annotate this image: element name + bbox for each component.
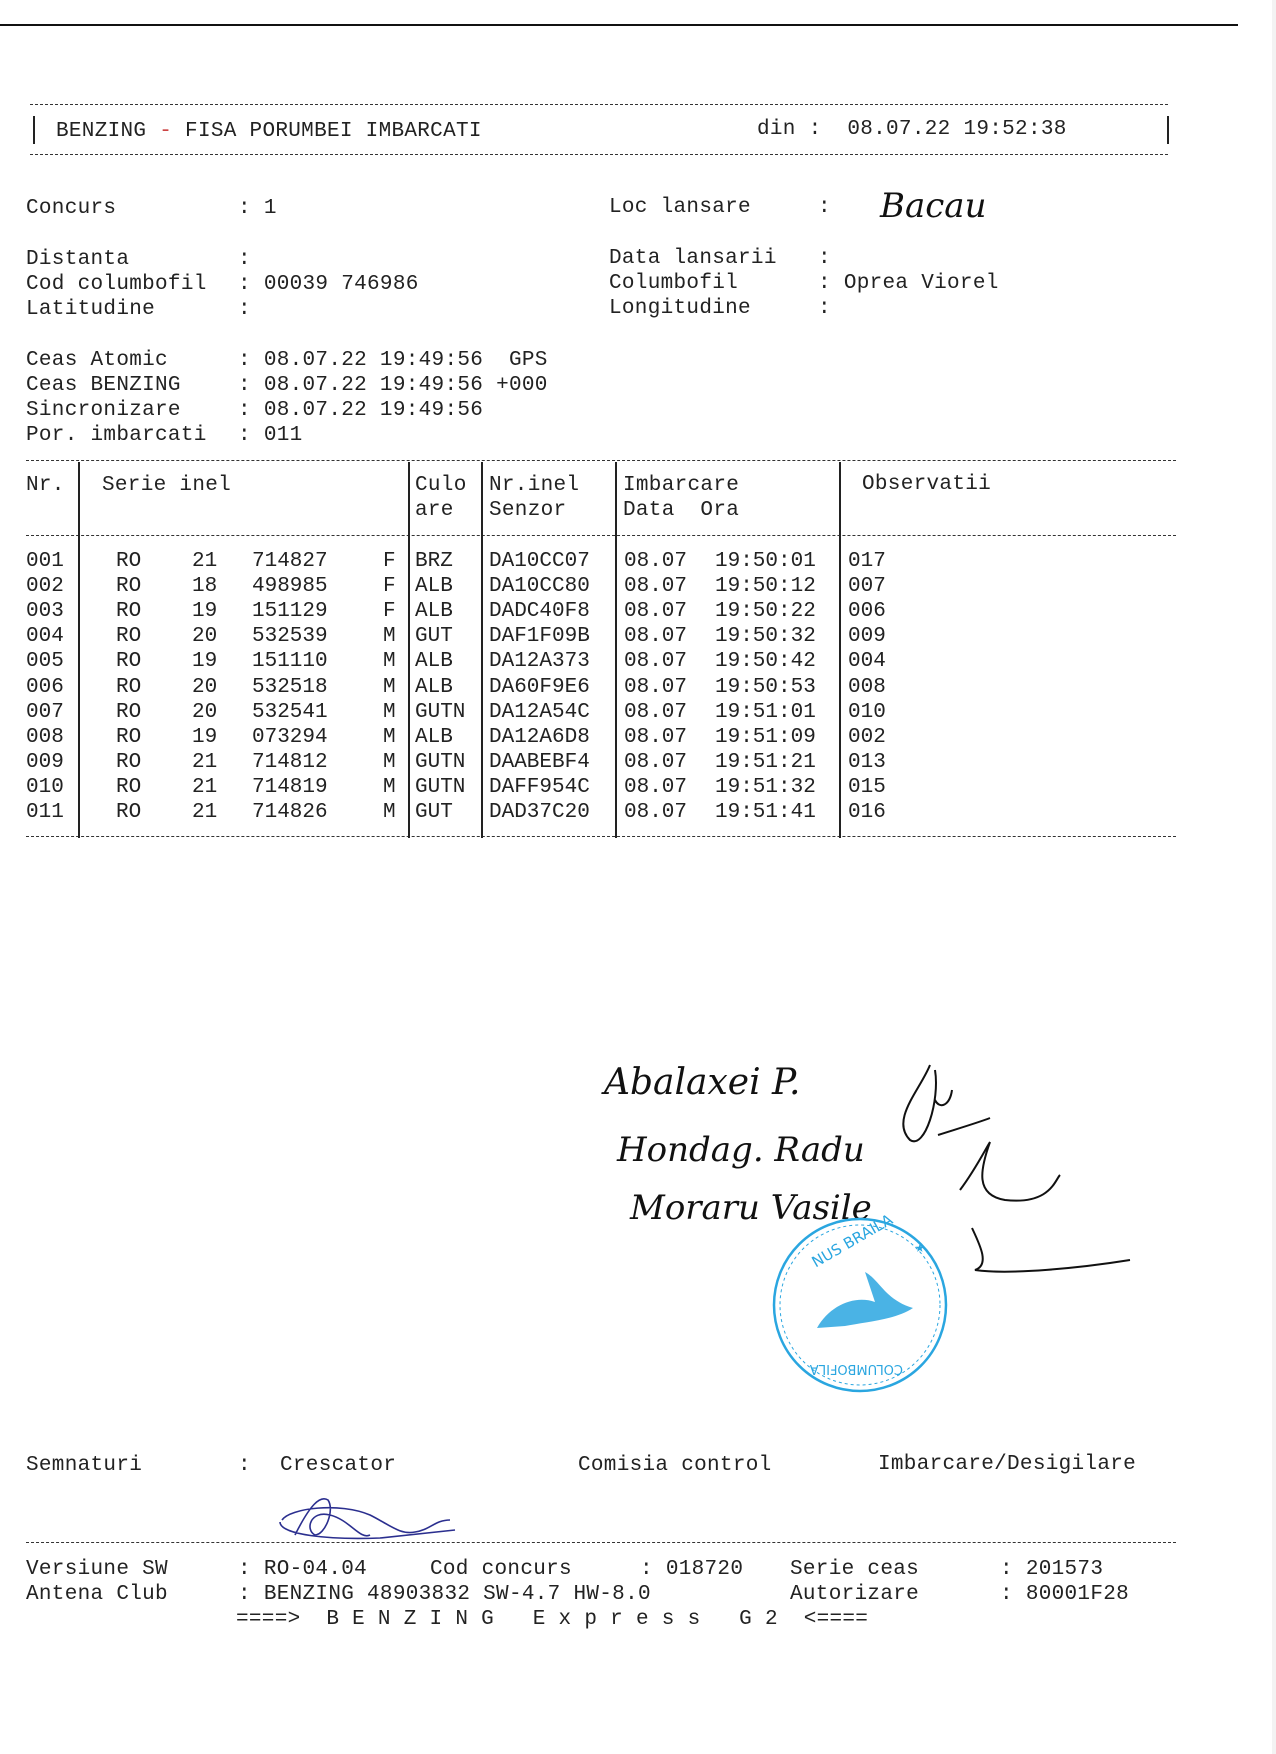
row-year: 21 [192, 775, 217, 800]
row-observatii: 016 [848, 800, 886, 825]
row-sensor: DA12A54C [489, 700, 590, 725]
brand-name: BENZING [56, 120, 146, 143]
header-serie-inel: Serie inel [102, 473, 231, 498]
row-year: 21 [192, 549, 217, 574]
row-date: 08.07 [624, 599, 687, 624]
header-culoare-1: Culo [415, 473, 467, 498]
row-color: GUTN [415, 775, 465, 800]
serie-ceas-label: Serie ceas [790, 1557, 919, 1582]
row-ring: 151129 [252, 599, 328, 624]
row-time: 19:50:53 [715, 675, 816, 700]
data-lansarii-label: Data lansarii [609, 246, 777, 271]
row-country: RO [116, 574, 141, 599]
autorizare-label: Autorizare [790, 1582, 919, 1607]
row-date: 08.07 [624, 675, 687, 700]
svg-text:COLUMBOFILA: COLUMBOFILA [810, 1361, 903, 1376]
row-observatii: 010 [848, 700, 886, 725]
row-sex: M [383, 725, 396, 750]
row-time: 19:51:09 [715, 725, 816, 750]
table-header-bottom-border [26, 535, 1176, 536]
header-title-line: BENZING - FISA PORUMBEI IMBARCATI [56, 119, 482, 144]
semnaturi-colon: : [238, 1453, 251, 1478]
header-left-border [33, 116, 35, 144]
row-nr: 004 [26, 624, 64, 649]
row-country: RO [116, 649, 141, 674]
distanta-value: : [238, 247, 264, 272]
longitudine-label: Longitudine [609, 296, 751, 321]
club-stamp: NUS BRAILA ★ COLUMBOFILA [765, 1210, 955, 1400]
benzing-express-banner: ====> B E N Z I N G E x p r e s s G 2 <=… [236, 1607, 868, 1632]
row-observatii: 009 [848, 624, 886, 649]
row-sex: F [383, 549, 396, 574]
page-top-rule [0, 24, 1238, 26]
row-sex: M [383, 775, 396, 800]
row-date: 08.07 [624, 700, 687, 725]
row-date: 08.07 [624, 775, 687, 800]
row-nr: 001 [26, 549, 64, 574]
row-sex: M [383, 800, 396, 825]
row-time: 19:51:32 [715, 775, 816, 800]
columbofil-label: Columbofil [609, 271, 738, 296]
col-divider-culoare [481, 462, 483, 838]
distanta-label: Distanta [26, 247, 129, 272]
row-sensor: DA10CC07 [489, 549, 590, 574]
row-year: 20 [192, 624, 217, 649]
row-year: 19 [192, 599, 217, 624]
comisia-control-label: Comisia control [578, 1453, 772, 1478]
row-ring: 532539 [252, 624, 328, 649]
row-time: 19:50:42 [715, 649, 816, 674]
row-nr: 008 [26, 725, 64, 750]
header-imbarcare-2: Data Ora [623, 498, 739, 523]
row-observatii: 013 [848, 750, 886, 775]
semnaturi-label: Semnaturi [26, 1453, 142, 1478]
row-sex: M [383, 750, 396, 775]
antena-club-label: Antena Club [26, 1582, 168, 1607]
row-sensor: DADC40F8 [489, 599, 590, 624]
row-nr: 011 [26, 800, 64, 825]
row-observatii: 008 [848, 675, 886, 700]
handwritten-signature-1: Abalaxei P. [604, 1062, 800, 1103]
row-nr: 006 [26, 675, 64, 700]
row-sensor: DAABEBF4 [489, 750, 590, 775]
row-color: BRZ [415, 549, 453, 574]
loc-lansare-colon: : [818, 195, 831, 220]
row-sex: F [383, 599, 396, 624]
row-country: RO [116, 700, 141, 725]
ceas-benzing-label: Ceas BENZING [26, 373, 181, 398]
row-date: 08.07 [624, 800, 687, 825]
cod-concurs-value: : 018720 [640, 1557, 743, 1582]
serie-ceas-value: : 201573 [1000, 1557, 1103, 1582]
row-time: 19:50:22 [715, 599, 816, 624]
row-ring: 498985 [252, 574, 328, 599]
col-divider-nrinel [615, 462, 617, 838]
row-year: 20 [192, 700, 217, 725]
row-observatii: 006 [848, 599, 886, 624]
row-sex: M [383, 624, 396, 649]
cod-concurs-label: Cod concurs [430, 1557, 572, 1582]
date-label: din : [757, 118, 822, 141]
row-color: GUT [415, 800, 453, 825]
col-divider-nr [78, 462, 80, 838]
row-color: ALB [415, 599, 453, 624]
row-ring: 714819 [252, 775, 328, 800]
header-nrinel-1: Nr.inel [489, 473, 579, 498]
concurs-label: Concurs [26, 196, 116, 221]
scan-edge [1272, 0, 1276, 1754]
row-time: 19:51:01 [715, 700, 816, 725]
header-date: din : 08.07.22 19:52:38 [757, 117, 1067, 142]
row-year: 18 [192, 574, 217, 599]
row-year: 19 [192, 649, 217, 674]
row-time: 19:50:12 [715, 574, 816, 599]
crescator-label: Crescator [280, 1453, 396, 1478]
table-bottom-border [26, 836, 1176, 837]
row-observatii: 007 [848, 574, 886, 599]
row-country: RO [116, 675, 141, 700]
versiune-sw-label: Versiune SW [26, 1557, 168, 1582]
row-sensor: DA10CC80 [489, 574, 590, 599]
row-color: ALB [415, 649, 453, 674]
row-time: 19:50:32 [715, 624, 816, 649]
row-sex: M [383, 700, 396, 725]
col-divider-serie [408, 462, 410, 838]
header-imbarcare-1: Imbarcare [623, 473, 739, 498]
row-color: ALB [415, 675, 453, 700]
imbarcare-desigilare-label: Imbarcare/Desigilare [878, 1452, 1136, 1477]
header-separator: - [159, 120, 172, 143]
row-observatii: 017 [848, 549, 886, 574]
row-ring: 073294 [252, 725, 328, 750]
row-date: 08.07 [624, 549, 687, 574]
row-country: RO [116, 599, 141, 624]
handwritten-signature-2: Hondag. Radu [617, 1130, 865, 1170]
antena-club-value: : BENZING 48903832 SW-4.7 HW-8.0 [238, 1582, 651, 1607]
row-time: 19:51:41 [715, 800, 816, 825]
row-country: RO [116, 800, 141, 825]
concurs-value: : 1 [238, 196, 277, 221]
row-sex: M [383, 649, 396, 674]
row-sex: M [383, 675, 396, 700]
row-sensor: DA12A6D8 [489, 725, 590, 750]
ceas-atomic-label: Ceas Atomic [26, 348, 168, 373]
row-nr: 007 [26, 700, 64, 725]
crescator-signature [270, 1490, 480, 1560]
cod-columbofil-label: Cod columbofil [26, 272, 207, 297]
row-date: 08.07 [624, 649, 687, 674]
loc-lansare-handwritten: Bacau [880, 186, 986, 226]
latitudine-label: Latitudine [26, 297, 155, 322]
row-country: RO [116, 549, 141, 574]
header-culoare-2: are [415, 498, 454, 523]
row-sex: F [383, 574, 396, 599]
row-time: 19:50:01 [715, 549, 816, 574]
columbofil-value: : Oprea Viorel [818, 271, 999, 296]
row-observatii: 015 [848, 775, 886, 800]
svg-text:★: ★ [915, 1239, 925, 1257]
document-title: FISA PORUMBEI IMBARCATI [185, 120, 482, 143]
row-country: RO [116, 624, 141, 649]
col-divider-imbarcare [839, 462, 841, 838]
row-year: 20 [192, 675, 217, 700]
row-sensor: DAFF954C [489, 775, 590, 800]
row-date: 08.07 [624, 750, 687, 775]
row-nr: 010 [26, 775, 64, 800]
row-color: GUTN [415, 750, 465, 775]
row-ring: 532541 [252, 700, 328, 725]
row-color: GUT [415, 624, 453, 649]
footer-top-border [26, 1542, 1176, 1543]
row-time: 19:51:21 [715, 750, 816, 775]
header-observatii: Observatii [862, 472, 991, 497]
date-value: 08.07.22 19:52:38 [847, 118, 1066, 141]
sincronizare-value: : 08.07.22 19:49:56 [238, 398, 483, 423]
por-imbarcati-label: Por. imbarcati [26, 423, 207, 448]
row-nr: 003 [26, 599, 64, 624]
row-color: GUTN [415, 700, 465, 725]
row-ring: 151110 [252, 649, 328, 674]
ceas-benzing-value: : 08.07.22 19:49:56 +000 [238, 373, 548, 398]
row-observatii: 002 [848, 725, 886, 750]
header-nr: Nr. [26, 473, 65, 498]
row-year: 19 [192, 725, 217, 750]
row-observatii: 004 [848, 649, 886, 674]
row-sensor: DAF1F09B [489, 624, 590, 649]
row-date: 08.07 [624, 624, 687, 649]
row-color: ALB [415, 574, 453, 599]
header-nrinel-2: Senzor [489, 498, 566, 523]
row-country: RO [116, 775, 141, 800]
row-nr: 009 [26, 750, 64, 775]
row-year: 21 [192, 800, 217, 825]
por-imbarcati-value: : 011 [238, 423, 303, 448]
row-ring: 714826 [252, 800, 328, 825]
loc-lansare-label: Loc lansare [609, 195, 751, 220]
row-date: 08.07 [624, 574, 687, 599]
header-bottom-border [30, 154, 1168, 155]
sincronizare-label: Sincronizare [26, 398, 181, 423]
row-ring: 714812 [252, 750, 328, 775]
row-sensor: DA12A373 [489, 649, 590, 674]
row-nr: 002 [26, 574, 64, 599]
cod-columbofil-value: : 00039 746986 [238, 272, 419, 297]
row-date: 08.07 [624, 725, 687, 750]
versiune-sw-value: : RO-04.04 [238, 1557, 367, 1582]
autorizare-value: : 80001F28 [1000, 1582, 1129, 1607]
row-ring: 714827 [252, 549, 328, 574]
row-ring: 532518 [252, 675, 328, 700]
row-sensor: DAD37C20 [489, 800, 590, 825]
row-sensor: DA60F9E6 [489, 675, 590, 700]
longitudine-value: : [818, 296, 844, 321]
row-color: ALB [415, 725, 453, 750]
header-right-border [1167, 116, 1169, 144]
data-lansarii-value: : [818, 246, 844, 271]
row-nr: 005 [26, 649, 64, 674]
row-country: RO [116, 750, 141, 775]
table-top-border [26, 460, 1176, 461]
row-year: 21 [192, 750, 217, 775]
row-country: RO [116, 725, 141, 750]
header-top-border [30, 104, 1168, 105]
latitudine-value: : [238, 297, 264, 322]
ceas-atomic-value: : 08.07.22 19:49:56 GPS [238, 348, 548, 373]
